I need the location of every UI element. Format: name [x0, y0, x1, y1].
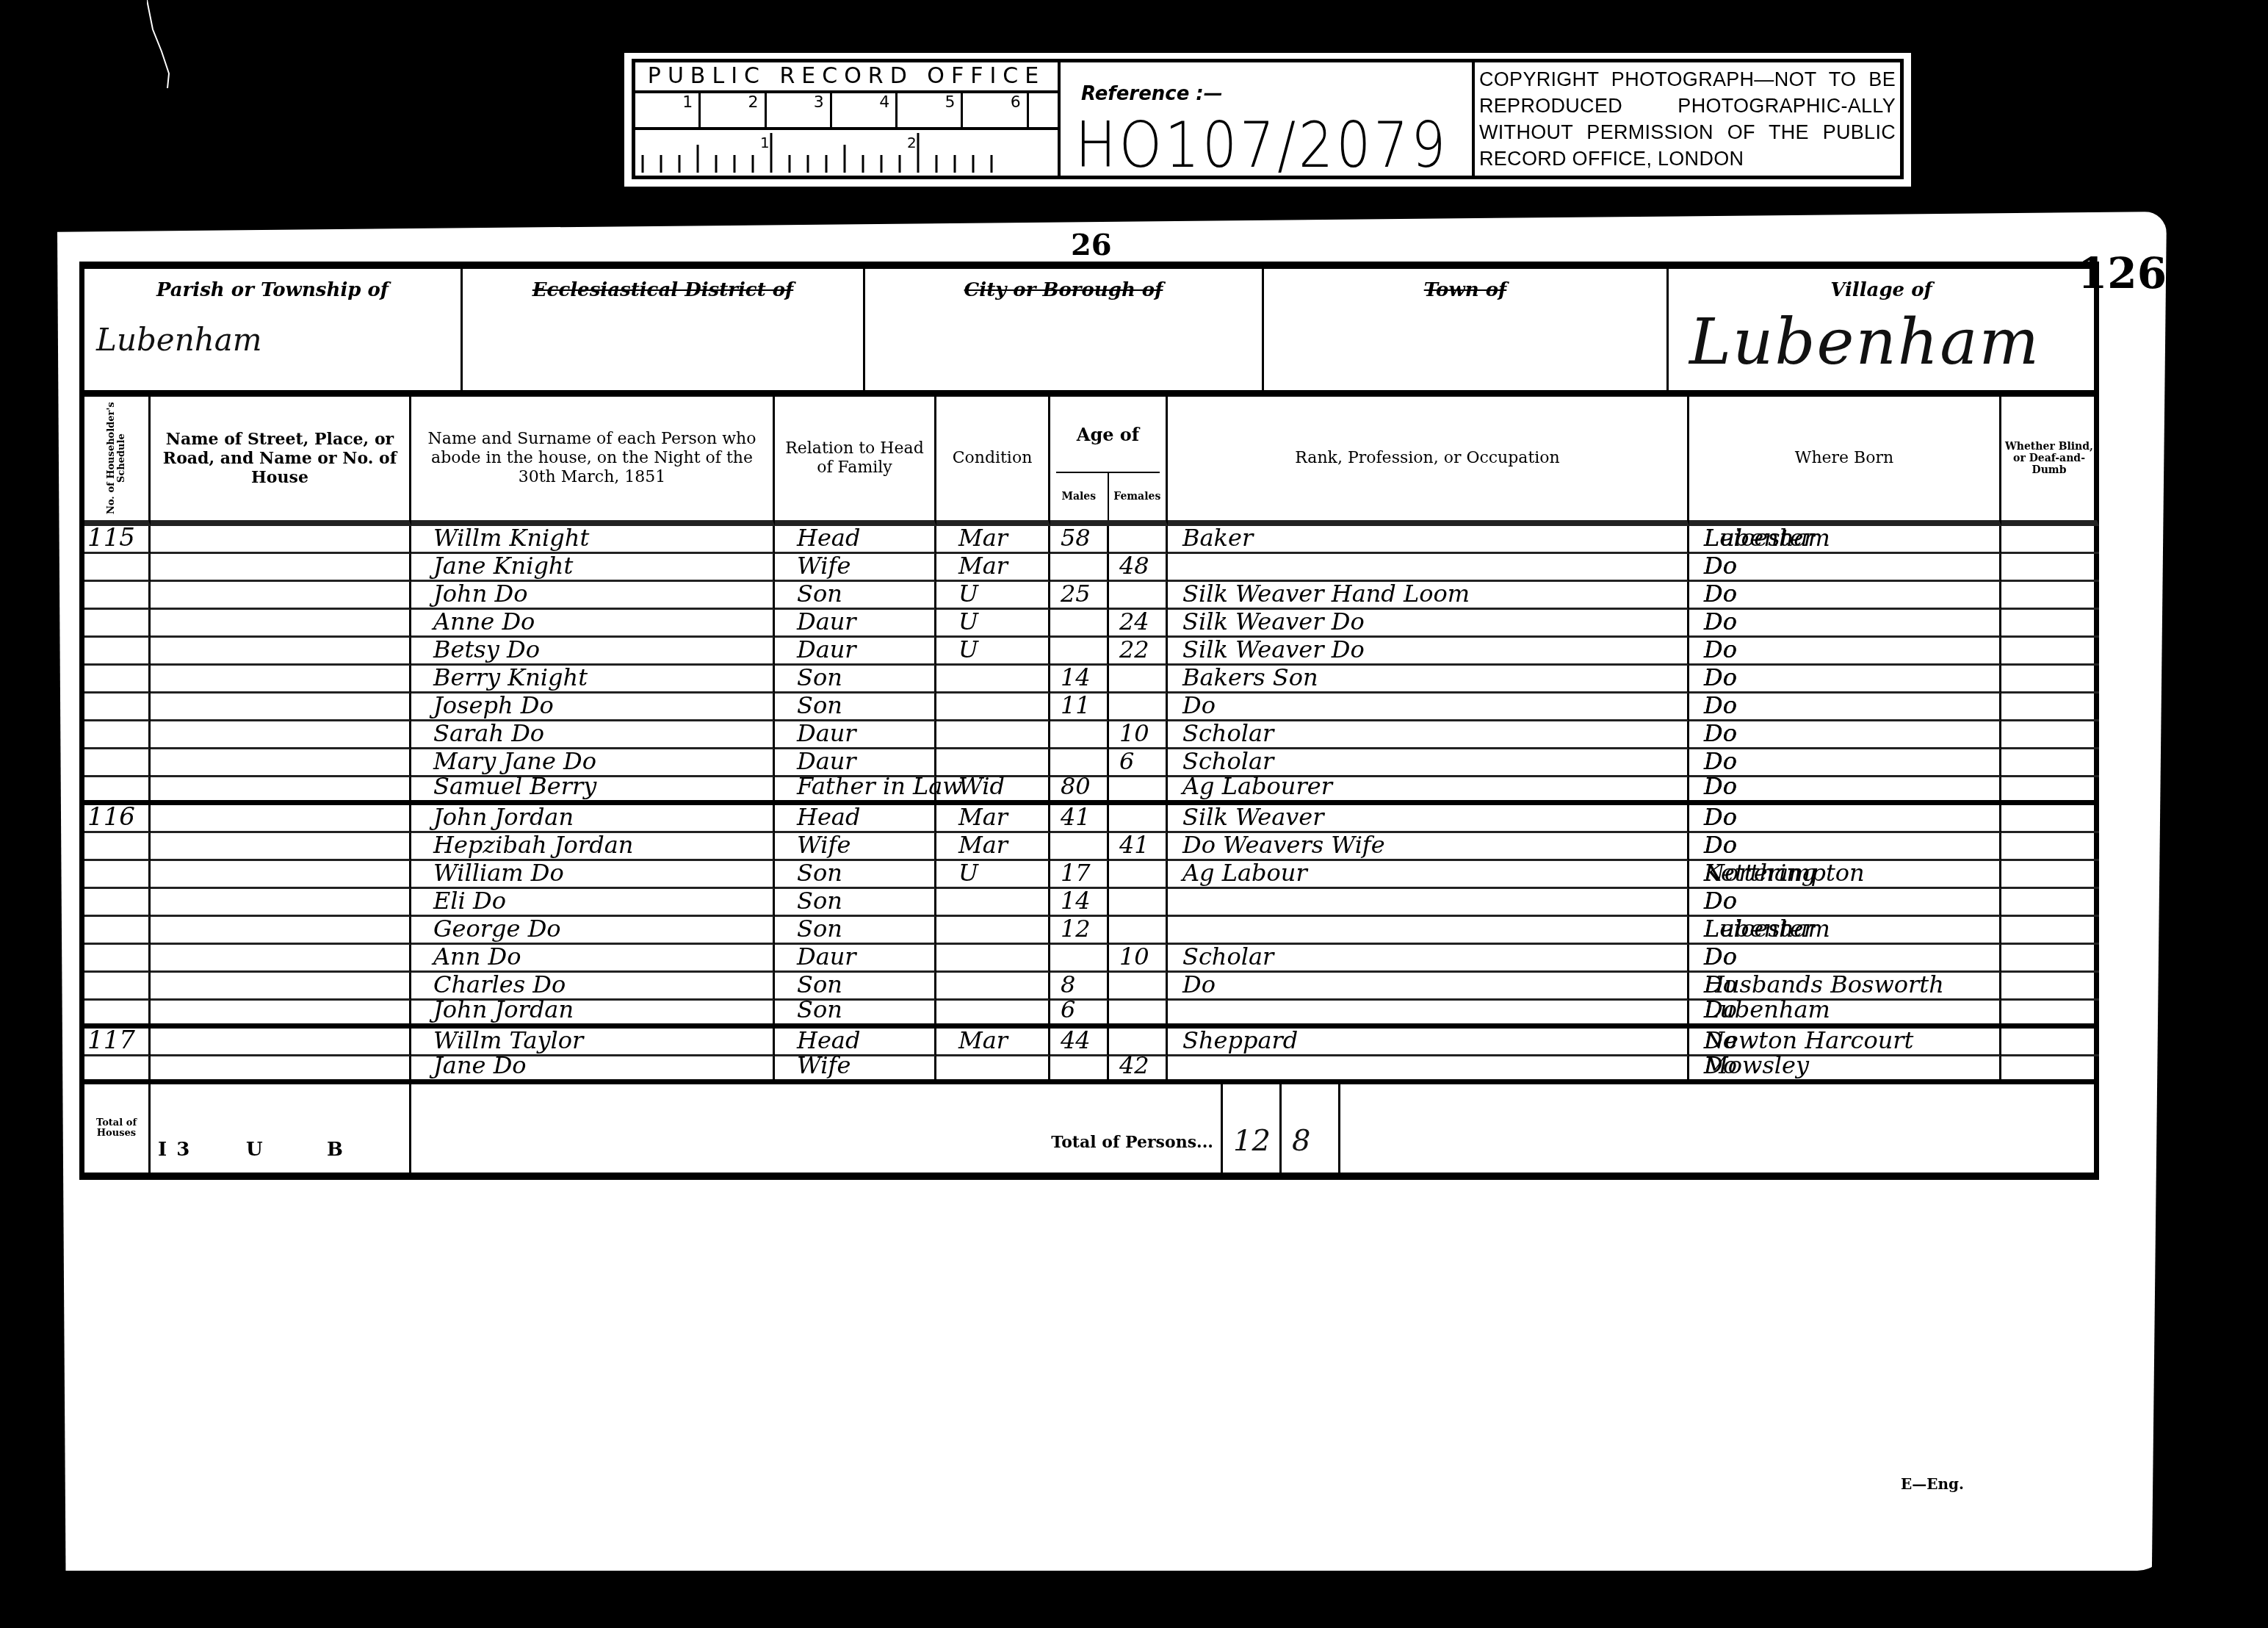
record-relation: Son — [797, 581, 842, 606]
record-relation: Daur — [797, 721, 856, 746]
cell-f — [1109, 526, 1168, 554]
inch-scale: 1 2 — [635, 130, 1058, 176]
cell-m: 11 — [1050, 694, 1109, 721]
cell-sched — [84, 554, 151, 582]
record-female: 22 — [1119, 637, 1149, 662]
record-name: Willm Taylor — [433, 1028, 583, 1053]
record-born-place: Do — [1704, 749, 1737, 774]
cell-blind — [2001, 694, 2099, 721]
cell-cond — [936, 666, 1050, 694]
cell-blind — [2001, 973, 2099, 1001]
cell-street — [151, 638, 411, 666]
record-relation: Daur — [797, 609, 856, 634]
cell-street — [151, 694, 411, 721]
cell-blind — [2001, 582, 2099, 610]
cell-sched — [84, 945, 151, 973]
film-scratch — [147, 0, 191, 96]
cell-m: 80 — [1050, 777, 1109, 805]
cell-born: DoDo — [1689, 582, 2001, 610]
cell-blind — [2001, 554, 2099, 582]
cell-f — [1109, 805, 1168, 833]
cell-cond — [936, 945, 1050, 973]
cell-rel: Wife — [775, 833, 936, 861]
cell-occ: Baker — [1168, 526, 1689, 554]
cell-cond: Mar — [936, 1029, 1050, 1056]
header-street: Name of Street, Place, or Road, and Name… — [151, 397, 411, 526]
cell-rel: Son — [775, 1001, 936, 1029]
cell-cond — [936, 917, 1050, 945]
record-name: Joseph Do — [433, 693, 554, 718]
cell-rel: Son — [775, 582, 936, 610]
cell-born: DoDo — [1689, 721, 2001, 749]
cell-blind — [2001, 945, 2099, 973]
record-condition: Wid — [958, 774, 1005, 799]
cell-blind — [2001, 833, 2099, 861]
cell-f — [1109, 861, 1168, 889]
cell-f — [1109, 1001, 1168, 1029]
record-male: 8 — [1061, 972, 1075, 997]
record-born-place: Lubenham — [1704, 525, 1830, 550]
cell-name: Berry Knight — [411, 666, 775, 694]
cell-f: 41 — [1109, 833, 1168, 861]
record-relation: Son — [797, 888, 842, 913]
cell-blind — [2001, 638, 2099, 666]
cell-sched: 116 — [84, 805, 151, 833]
cell-born: DoLubenham — [1689, 1001, 2001, 1029]
page-number: 26 — [1071, 228, 1112, 262]
record-relation: Daur — [797, 749, 856, 774]
cell-rel: Son — [775, 861, 936, 889]
cell-occ: Sheppard — [1168, 1029, 1689, 1056]
village-label: Village of — [1669, 279, 2094, 301]
cell-cond: U — [936, 638, 1050, 666]
cell-blind — [2001, 861, 2099, 889]
cell-name: John Jordan — [411, 1001, 775, 1029]
cell-name: Jane Knight — [411, 554, 775, 582]
cell-blind — [2001, 666, 2099, 694]
inhabited-count: I 3 — [158, 1139, 191, 1161]
cell-cond: Mar — [936, 805, 1050, 833]
cell-cond: U — [936, 582, 1050, 610]
record-occupation: Silk Weaver Do — [1182, 609, 1365, 634]
total-persons-label: Total of Persons... — [1051, 1133, 1213, 1152]
record-female: 10 — [1119, 721, 1149, 746]
record-name: John Jordan — [433, 804, 574, 829]
cell-rel: Wife — [775, 1056, 936, 1084]
cell-sched — [84, 610, 151, 638]
record-female: 6 — [1119, 749, 1134, 774]
office-name: PUBLIC RECORD OFFICE — [635, 62, 1058, 93]
cell-sched — [84, 749, 151, 777]
cell-sched — [84, 1056, 151, 1084]
record-schedule: 115 — [87, 525, 135, 550]
total-females: 8 — [1292, 1124, 1310, 1158]
record-relation: Wife — [797, 832, 850, 857]
reference-label: Reference :— — [1081, 83, 1223, 105]
cell-occ — [1168, 1001, 1689, 1029]
reference-box: Reference :— HO107/2079 — [1061, 62, 1475, 176]
cell-m — [1050, 721, 1109, 749]
header-age: Age of Males Females — [1050, 397, 1168, 526]
record-occupation: Scholar — [1182, 749, 1274, 774]
parish-value: Lubenham — [96, 322, 262, 358]
cell-sched — [84, 833, 151, 861]
record-male: 80 — [1061, 774, 1091, 799]
record-relation: Wife — [797, 553, 850, 578]
record-male: 12 — [1061, 916, 1091, 941]
cm-tick: 2 — [701, 93, 766, 127]
cell-street — [151, 917, 411, 945]
cell-f — [1109, 917, 1168, 945]
cell-cond: Mar — [936, 554, 1050, 582]
total-males-cell: 12 — [1223, 1084, 1282, 1173]
cell-sched — [84, 777, 151, 805]
record-male: 17 — [1061, 860, 1091, 885]
cell-f — [1109, 666, 1168, 694]
parish-label: Parish or Township of — [84, 279, 461, 301]
record-born-place: Lubenham — [1704, 997, 1830, 1022]
record-name: William Do — [433, 860, 564, 885]
record-occupation: Do Weavers Wife — [1182, 832, 1385, 857]
cm-tick: 6 — [963, 93, 1028, 127]
cell-sched — [84, 917, 151, 945]
cm-tick: 5 — [898, 93, 963, 127]
cell-blind — [2001, 805, 2099, 833]
record-born-place: Newton Harcourt — [1704, 1028, 1913, 1053]
house-counts: I 3 U B — [151, 1084, 411, 1173]
cell-name: Jane Do — [411, 1056, 775, 1084]
cell-sched — [84, 973, 151, 1001]
record-relation: Daur — [797, 944, 856, 969]
cell-street — [151, 833, 411, 861]
record-occupation: Do — [1182, 693, 1216, 718]
cell-rel: Daur — [775, 610, 936, 638]
village-value: Lubenham — [1689, 306, 2040, 379]
cell-name: Joseph Do — [411, 694, 775, 721]
header-females: Females — [1109, 473, 1166, 520]
record-condition: U — [958, 860, 978, 885]
cell-name: Willm Knight — [411, 526, 775, 554]
cell-sched — [84, 694, 151, 721]
cell-cond — [936, 1001, 1050, 1029]
record-name: Charles Do — [433, 972, 566, 997]
cell-m: 14 — [1050, 889, 1109, 917]
record-name: Ann Do — [433, 944, 521, 969]
record-condition: Mar — [958, 525, 1008, 550]
cell-name: Samuel Berry — [411, 777, 775, 805]
record-name: Samuel Berry — [433, 774, 596, 799]
record-occupation: Scholar — [1182, 944, 1274, 969]
record-born-place: Do — [1704, 609, 1737, 634]
cell-sched — [84, 1001, 151, 1029]
cell-occ — [1168, 1056, 1689, 1084]
record-name: Eli Do — [433, 888, 506, 913]
cell-occ: Bakers Son — [1168, 666, 1689, 694]
header-name: Name and Surname of each Person who abod… — [411, 397, 775, 526]
svg-text:1: 1 — [760, 134, 770, 151]
cell-m: 44 — [1050, 1029, 1109, 1056]
city-cell: City or Borough of — [865, 269, 1264, 390]
cell-name: Eli Do — [411, 889, 775, 917]
cell-rel: Son — [775, 889, 936, 917]
cell-name: Anne Do — [411, 610, 775, 638]
record-born-place: Do — [1704, 944, 1737, 969]
cell-m: 17 — [1050, 861, 1109, 889]
records-grid: No. of Householder's Schedule Name of St… — [79, 397, 2099, 1084]
uninhabited-count: U — [246, 1139, 264, 1161]
cell-born: DoDo — [1689, 554, 2001, 582]
cell-blind — [2001, 1056, 2099, 1084]
header-age-label: Age of — [1056, 397, 1160, 473]
cell-rel: Daur — [775, 721, 936, 749]
record-born-place: Do — [1704, 888, 1737, 913]
record-relation: Head — [797, 804, 860, 829]
record-name: George Do — [433, 916, 561, 941]
cm-tick: 4 — [832, 93, 898, 127]
cell-street — [151, 582, 411, 610]
cell-m: 41 — [1050, 805, 1109, 833]
record-born-place: Do — [1704, 693, 1737, 718]
record-female: 10 — [1119, 944, 1149, 969]
cell-m: 14 — [1050, 666, 1109, 694]
cell-f: 42 — [1109, 1056, 1168, 1084]
record-male: 11 — [1061, 693, 1091, 718]
record-female: 24 — [1119, 609, 1149, 634]
record-schedule: 117 — [87, 1028, 135, 1053]
cell-occ: Do — [1168, 694, 1689, 721]
cell-sched — [84, 889, 151, 917]
cell-sched — [84, 666, 151, 694]
cell-f — [1109, 973, 1168, 1001]
record-occupation: Ag Labour — [1182, 860, 1307, 885]
record-male: 14 — [1061, 665, 1091, 690]
cell-sched: 117 — [84, 1029, 151, 1056]
record-male: 14 — [1061, 888, 1091, 913]
cell-occ: Silk Weaver Do — [1168, 638, 1689, 666]
record-condition: U — [958, 581, 978, 606]
cell-occ — [1168, 917, 1689, 945]
census-page: 26 126 Parish or Township of Lubenham Ec… — [57, 212, 2167, 1571]
cell-rel: Head — [775, 805, 936, 833]
record-male: 6 — [1061, 997, 1075, 1022]
cell-born: DoDo — [1689, 666, 2001, 694]
record-born-place: Do — [1704, 804, 1737, 829]
cell-blind — [2001, 721, 2099, 749]
cell-blind — [2001, 526, 2099, 554]
cell-cond — [936, 694, 1050, 721]
cell-f — [1109, 889, 1168, 917]
record-born-place: Do — [1704, 637, 1737, 662]
cell-rel: Head — [775, 526, 936, 554]
cell-sched — [84, 638, 151, 666]
cell-occ: Do — [1168, 973, 1689, 1001]
cell-f — [1109, 777, 1168, 805]
cell-cond — [936, 889, 1050, 917]
town-cell: Town of — [1264, 269, 1669, 390]
cell-born: DoDo — [1689, 638, 2001, 666]
record-relation: Son — [797, 693, 842, 718]
record-occupation: Silk Weaver Do — [1182, 637, 1365, 662]
record-relation: Son — [797, 997, 842, 1022]
record-schedule: 116 — [87, 804, 135, 829]
record-female: 42 — [1119, 1053, 1149, 1078]
cell-occ: Do Weavers Wife — [1168, 833, 1689, 861]
record-occupation: Silk Weaver Hand Loom — [1182, 581, 1470, 606]
cell-street — [151, 610, 411, 638]
record-relation: Son — [797, 860, 842, 885]
ecclesiastical-cell: Ecclesiastical District of — [463, 269, 865, 390]
cell-blind — [2001, 777, 2099, 805]
cell-m: 12 — [1050, 917, 1109, 945]
record-relation: Head — [797, 525, 860, 550]
header-condition: Condition — [936, 397, 1050, 526]
cell-blind — [2001, 1001, 2099, 1029]
cell-name: George Do — [411, 917, 775, 945]
record-born-place: Do — [1704, 553, 1737, 578]
record-name: John Do — [433, 581, 527, 606]
cell-blind — [2001, 917, 2099, 945]
record-name: John Jordan — [433, 997, 574, 1022]
cell-occ: Ag Labourer — [1168, 777, 1689, 805]
cell-blind — [2001, 610, 2099, 638]
cell-f — [1109, 582, 1168, 610]
header-occupation: Rank, Profession, or Occupation — [1168, 397, 1689, 526]
cm-scale: 1 2 3 4 5 6 — [635, 93, 1058, 130]
cell-blind — [2001, 889, 2099, 917]
cell-name: William Do — [411, 861, 775, 889]
record-born-place: Do — [1704, 581, 1737, 606]
record-relation: Son — [797, 916, 842, 941]
record-born-place: Do — [1704, 832, 1737, 857]
cell-m — [1050, 638, 1109, 666]
cell-born: DoDo — [1689, 805, 2001, 833]
cell-name: Sarah Do — [411, 721, 775, 749]
cell-sched — [84, 582, 151, 610]
record-born-place: Mowsley — [1704, 1053, 1809, 1078]
cell-name: Hepzibah Jordan — [411, 833, 775, 861]
parish-cell: Parish or Township of Lubenham — [84, 269, 463, 390]
record-female: 41 — [1119, 832, 1149, 857]
cell-f — [1109, 694, 1168, 721]
record-condition: Mar — [958, 553, 1008, 578]
cell-cond: Mar — [936, 833, 1050, 861]
record-male: 58 — [1061, 525, 1091, 550]
cell-born: DoDo — [1689, 610, 2001, 638]
record-relation: Son — [797, 972, 842, 997]
header-born: Where Born — [1689, 397, 2001, 526]
record-name: Mary Jane Do — [433, 749, 596, 774]
record-name: Jane Do — [433, 1053, 527, 1078]
cell-cond: Mar — [936, 526, 1050, 554]
cell-f: 48 — [1109, 554, 1168, 582]
census-table: Parish or Township of Lubenham Ecclesias… — [79, 262, 2099, 1180]
total-persons-cell: Total of Persons... — [411, 1084, 1223, 1173]
record-born-place: Do — [1704, 721, 1737, 746]
cell-m — [1050, 554, 1109, 582]
cell-name: John Jordan — [411, 805, 775, 833]
cell-occ: Scholar — [1168, 945, 1689, 973]
cell-f: 24 — [1109, 610, 1168, 638]
record-name: Betsy Do — [433, 637, 540, 662]
cell-street — [151, 1056, 411, 1084]
cell-rel: Son — [775, 694, 936, 721]
cell-m: 8 — [1050, 973, 1109, 1001]
inch-ticks-icon: 1 2 — [635, 130, 1047, 173]
cell-f: 6 — [1109, 749, 1168, 777]
record-born-place: Kettering — [1704, 860, 1816, 885]
cell-f: 10 — [1109, 721, 1168, 749]
place-header: Parish or Township of Lubenham Ecclesias… — [79, 262, 2099, 397]
record-condition: Mar — [958, 804, 1008, 829]
cell-born: DoDo — [1689, 889, 2001, 917]
record-condition: U — [958, 637, 978, 662]
cell-born: DoDo — [1689, 777, 2001, 805]
header-relation: Relation to Head of Family — [775, 397, 936, 526]
cell-occ: Silk Weaver Do — [1168, 610, 1689, 638]
record-born-place: Husbands Bosworth — [1704, 972, 1944, 997]
record-name: Hepzibah Jordan — [433, 832, 633, 857]
cell-occ: Ag Labour — [1168, 861, 1689, 889]
record-relation: Head — [797, 1028, 860, 1053]
city-label: City or Borough of — [865, 279, 1262, 301]
cell-f: 22 — [1109, 638, 1168, 666]
record-relation: Wife — [797, 1053, 850, 1078]
cell-street — [151, 666, 411, 694]
record-condition: U — [958, 609, 978, 634]
cell-street — [151, 526, 411, 554]
cell-born: LeicesterLubenham — [1689, 917, 2001, 945]
ecclesiastical-label: Ecclesiastical District of — [463, 279, 863, 301]
cell-cond: U — [936, 610, 1050, 638]
record-occupation: Silk Weaver — [1182, 804, 1324, 829]
total-females-cell: 8 — [1282, 1084, 1340, 1173]
cell-name: John Do — [411, 582, 775, 610]
record-occupation: Sheppard — [1182, 1028, 1298, 1053]
record-relation: Son — [797, 665, 842, 690]
header-schedule: No. of Householder's Schedule — [84, 397, 151, 526]
record-condition: Mar — [958, 832, 1008, 857]
cell-rel: Son — [775, 666, 936, 694]
cell-rel: Son — [775, 917, 936, 945]
cell-street — [151, 1029, 411, 1056]
scale-ruler: PUBLIC RECORD OFFICE 1 2 3 4 5 6 — [635, 62, 1061, 176]
header-blind: Whether Blind, or Deaf-and-Dumb — [2001, 397, 2099, 526]
total-males: 12 — [1233, 1124, 1271, 1158]
header-males: Males — [1050, 473, 1109, 520]
cell-born: DoDo — [1689, 833, 2001, 861]
cell-occ — [1168, 889, 1689, 917]
cell-cond: U — [936, 861, 1050, 889]
cell-m: 58 — [1050, 526, 1109, 554]
total-houses-label: Total of Houses — [84, 1084, 151, 1173]
cell-m — [1050, 945, 1109, 973]
cell-occ: Silk Weaver — [1168, 805, 1689, 833]
village-cell: Village of Lubenham — [1669, 269, 2094, 390]
cell-name: Betsy Do — [411, 638, 775, 666]
cell-born: NorthamptonKettering — [1689, 861, 2001, 889]
record-occupation: Baker — [1182, 525, 1253, 550]
record-born-place: Do — [1704, 665, 1737, 690]
record-female: 48 — [1119, 553, 1149, 578]
record-relation: Daur — [797, 637, 856, 662]
cell-blind — [2001, 1029, 2099, 1056]
record-born-place: Do — [1704, 774, 1737, 799]
cell-street — [151, 861, 411, 889]
cell-street — [151, 777, 411, 805]
printer-mark: E—Eng. — [1901, 1475, 1964, 1493]
cell-m — [1050, 1056, 1109, 1084]
record-occupation: Bakers Son — [1182, 665, 1318, 690]
